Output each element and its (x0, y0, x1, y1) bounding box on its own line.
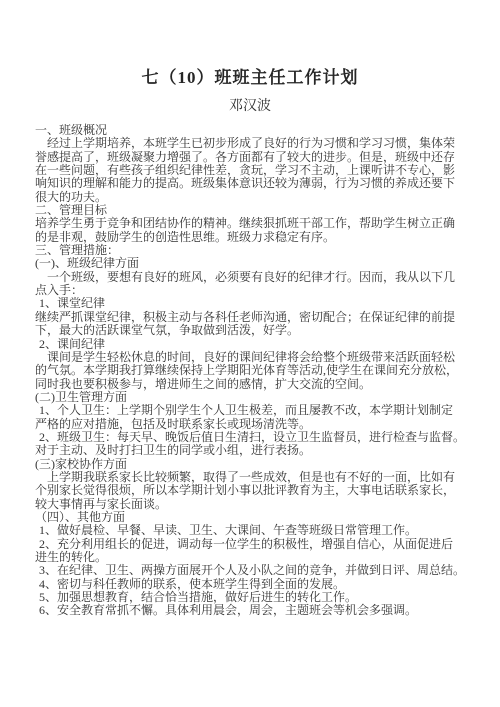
text-line: 严格的应对措施，包括及时联系家长或现场清洗等。 (35, 418, 467, 431)
document-body: 一、班级概况 经过上学期培养，本班学生已初步形成了良好的行为习惯和学习习惯，集体… (35, 124, 467, 618)
text-line: 同时我也要积极参与，增进师生之间的感情，扩大交流的空间。 (35, 378, 467, 391)
text-line: 一个班级，要想有良好的班风，必须要有良好的纪律才行。因而，我从以下几 (35, 271, 467, 284)
text-line: 3、在纪律、卫生、两操方面展开个人及小队之间的竞争，并做到日评、周总结。 (35, 564, 467, 577)
text-line-subsection-3-heading: (三)家校协作方面 (35, 458, 467, 471)
text-line: 个别家长觉得很烦，所以本学期计划小事以批评教育为主，大事电话联系家长， (35, 484, 467, 497)
text-line: 的气氛。本学期我打算继续保持上学期阳光体育等活动,使学生在课间充分放松， (35, 364, 467, 377)
text-line: 培养学生勇于竞争和团结协作的精神。继续狠抓班干部工作，帮助学生树立正确 (35, 217, 467, 230)
text-line: 较大事情再与家长面谈。 (35, 498, 467, 511)
text-line: 1、个人卫生：上学期个别学生个人卫生极差，而且屡教不改，本学期计划制定 (35, 404, 467, 417)
text-line: 经过上学期培养，本班学生已初步形成了良好的行为习惯和学习习惯，集体荣 (35, 137, 467, 150)
text-line: 2、充分利用组长的促进，调动每一位学生的积极性，增强自信心，从面促进后 (35, 538, 467, 551)
author-name: 邓汉波 (0, 95, 500, 115)
text-line: 响知识的理解和能力的提高。班级集体意识还较为薄弱，行为习惯的养成还要下 (35, 177, 467, 190)
text-line: 下，最大的活跃课堂气氛，争取做到活泼，好学。 (35, 324, 467, 337)
text-line: 6、安全教育常抓不懈。具体利用晨会，周会，主题班会等机会多强调。 (35, 604, 467, 617)
text-line: 对于主动、及时打扫卫生的同学或小组，进行表扬。 (35, 444, 467, 457)
text-line: 1、做好晨检、早餐、早读、卫生、大课间、午查等班级日常管理工作。 (35, 524, 467, 537)
document-title: 七（10）班班主任工作计划 (0, 0, 500, 88)
document-page: 七（10）班班主任工作计划 邓汉波 一、班级概况 经过上学期培养，本班学生已初步… (0, 0, 500, 707)
text-line-item-1-heading: 1、课堂纪律 (35, 297, 467, 310)
text-line-item-2-heading: 2、课间纪律 (35, 338, 467, 351)
text-line-subsection-1-heading: (一)、班级纪律方面 (35, 257, 467, 270)
